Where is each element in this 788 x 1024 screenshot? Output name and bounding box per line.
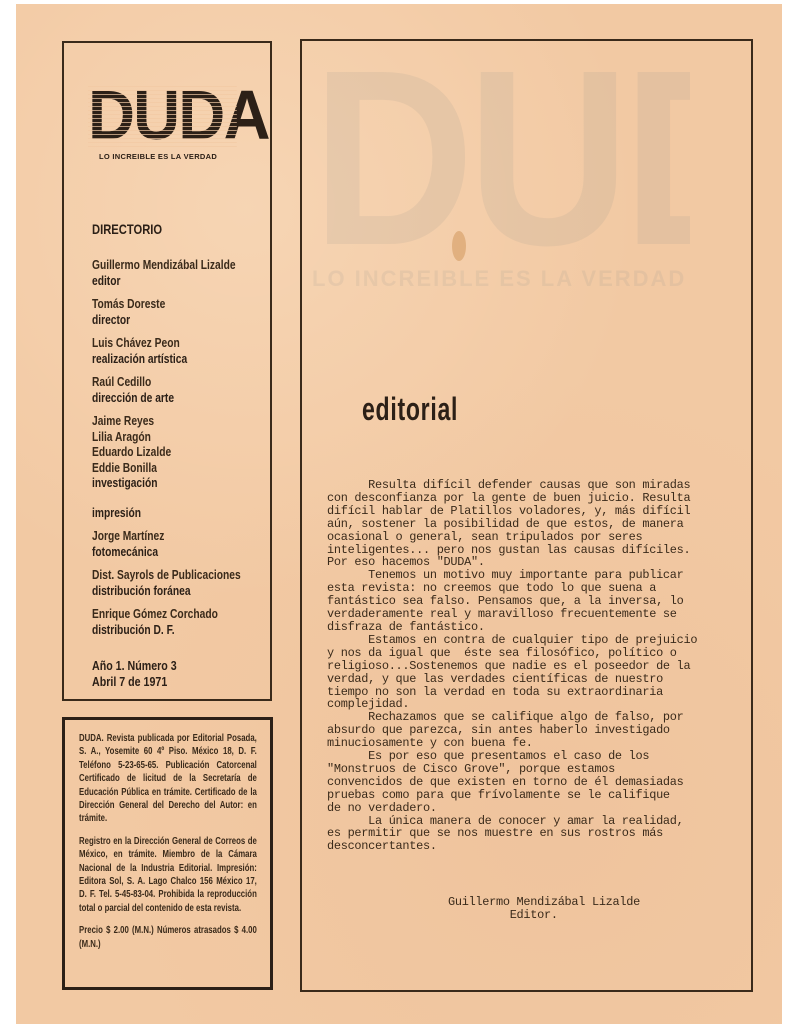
editorial-panel: DUDA LO INCREIBLE ES LA VERDAD editorial… — [300, 39, 753, 992]
directory-entry: Jorge Martínezfotomecánica — [92, 529, 256, 560]
legal-text: DUDA. Revista publicada por Editorial Po… — [79, 732, 257, 960]
staff-name: Jaime Reyes — [92, 414, 256, 430]
directory-entry: Tomás Dorestedirector — [92, 297, 256, 328]
bleedthrough-tagline: LO INCREIBLE ES LA VERDAD — [312, 266, 732, 292]
staff-role: director — [92, 313, 256, 329]
legal-registration: Registro en la Dirección General de Corr… — [79, 835, 257, 915]
directory-list: Guillermo Mendizábal LizaldeeditorTomás … — [92, 258, 256, 646]
directory-title: DIRECTORIO — [92, 221, 162, 237]
staff-role: impresión — [92, 506, 256, 522]
staff-name: Tomás Doreste — [92, 297, 256, 313]
staff-name: Lilia Aragón — [92, 430, 256, 446]
staff-name: Luis Chávez Peon — [92, 336, 256, 352]
editorial-body: Resulta difícil defender causas que son … — [327, 479, 737, 853]
duda-logo: DUDA — [88, 83, 237, 147]
logo-text: DUDA — [88, 76, 269, 154]
bleedthrough-logo: DUDA — [312, 43, 690, 273]
directory-entry: Jaime ReyesLilia AragónEduardo LizaldeEd… — [92, 414, 256, 492]
staff-role: dirección de arte — [92, 391, 256, 407]
directory-entry: Enrique Gómez Corchadodistribución D. F. — [92, 607, 256, 638]
directory-entry: Dist. Sayrols de Publicacionesdistribuci… — [92, 568, 256, 599]
staff-name: Raúl Cedillo — [92, 375, 256, 391]
staff-name: Jorge Martínez — [92, 529, 256, 545]
signature-name: Guillermo Mendizábal Lizalde — [448, 895, 640, 909]
issue-info: Año 1. Número 3 Abril 7 de 1971 — [92, 658, 177, 690]
legal-price: Precio $ 2.00 (M.N.) Números atrasados $… — [79, 924, 257, 951]
directory-entry: Guillermo Mendizábal Lizaldeeditor — [92, 258, 256, 289]
legal-box: DUDA. Revista publicada por Editorial Po… — [62, 717, 273, 990]
paper-stain — [452, 231, 466, 261]
directory-entry: Raúl Cedillodirección de arte — [92, 375, 256, 406]
staff-name: Dist. Sayrols de Publicaciones — [92, 568, 256, 584]
signature-role: Editor. — [448, 908, 558, 922]
staff-name: Eduardo Lizalde — [92, 445, 256, 461]
staff-role: realización artística — [92, 352, 256, 368]
staff-role: distribución D. F. — [92, 623, 256, 639]
staff-role: distribución foránea — [92, 584, 256, 600]
staff-role: fotomecánica — [92, 545, 256, 561]
staff-role: editor — [92, 274, 256, 290]
staff-name: Eddie Bonilla — [92, 461, 256, 477]
issue-date: Abril 7 de 1971 — [92, 674, 177, 690]
directory-entry: impresión — [92, 506, 256, 522]
issue-number: Año 1. Número 3 — [92, 658, 177, 674]
staff-name: Enrique Gómez Corchado — [92, 607, 256, 623]
legal-publisher: DUDA. Revista publicada por Editorial Po… — [79, 732, 257, 826]
editorial-signature: Guillermo Mendizábal Lizalde Editor. — [448, 896, 728, 922]
directory-panel: DUDA LO INCREIBLE ES LA VERDAD DIRECTORI… — [62, 41, 272, 701]
magazine-page: DUDA LO INCREIBLE ES LA VERDAD DIRECTORI… — [16, 4, 782, 1024]
directory-entry: Luis Chávez Peonrealización artística — [92, 336, 256, 367]
editorial-title: editorial — [362, 391, 458, 428]
staff-name: Guillermo Mendizábal Lizalde — [92, 258, 256, 274]
staff-role: investigación — [92, 476, 256, 492]
tagline: LO INCREIBLE ES LA VERDAD — [99, 152, 249, 161]
